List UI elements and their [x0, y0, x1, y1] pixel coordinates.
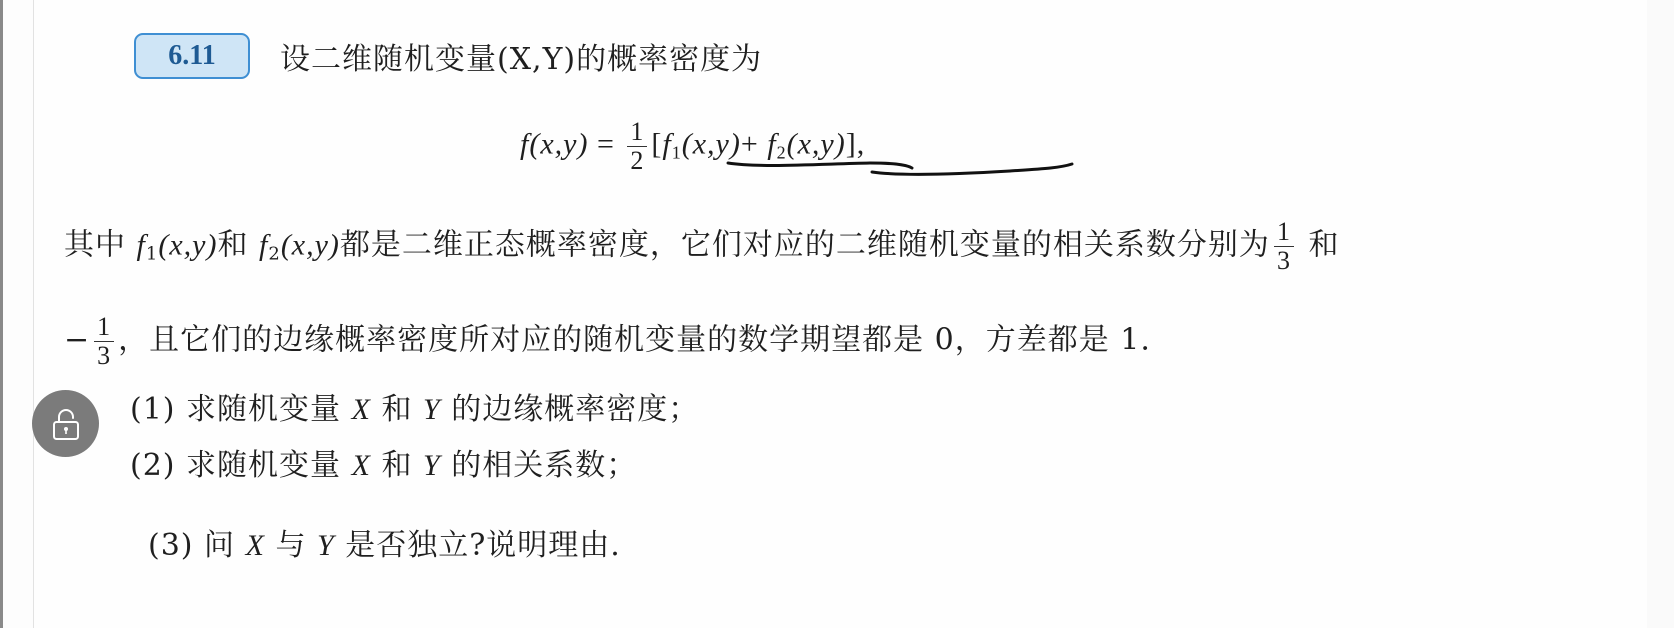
line2-suffix: 和 [1298, 228, 1340, 263]
f2-symbol: f [259, 229, 268, 262]
formula-equals: = [597, 127, 615, 160]
question-text: 的相关系数； [441, 448, 638, 483]
term1-f: f [662, 127, 671, 160]
question-label: (2) [130, 448, 176, 483]
question-text: 问 [204, 528, 246, 563]
fraction-denominator: 2 [627, 147, 647, 175]
question-2: (2) 求随机变量 X 和 Y 的相关系数； [130, 448, 637, 484]
line3-rest: ，且它们的边缘概率密度所对应的随机变量的数学期望都是 0，方差都是 1. [118, 323, 1151, 358]
fraction-numerator: 1 [1274, 218, 1294, 246]
problem-line-3: −13，且它们的边缘概率密度所对应的随机变量的数学期望都是 0，方差都是 1. [64, 313, 1151, 370]
f2-sub: 2 [268, 244, 280, 265]
term1-args: (x,y) [682, 127, 741, 160]
formula-half-fraction: 1 2 [627, 118, 647, 175]
fraction-numerator: 1 [627, 118, 647, 146]
var-x: X [352, 393, 371, 426]
line2-and: 和 [217, 228, 259, 263]
term2-sub: 2 [777, 142, 787, 162]
question-label: (3) [148, 528, 194, 563]
var-y: Y [317, 529, 335, 562]
var-y: Y [423, 393, 441, 426]
problem-number: 6.11 [168, 40, 215, 72]
var-y: Y [423, 449, 441, 482]
term1-sub: 1 [672, 142, 682, 162]
density-formula: f(x,y) = 1 2 [f1(x,y)+ f2(x,y)], [520, 118, 865, 175]
intro-text: 设二维随机变量(X,Y)的概率密度为 [280, 42, 762, 77]
fraction-numerator: 1 [94, 313, 114, 341]
formula-plus: + [741, 127, 759, 160]
fraction-denominator: 3 [1274, 247, 1294, 275]
line2-rest: 都是二维正态概率密度，它们对应的二维随机变量的相关系数分别为 [340, 228, 1270, 263]
formula-open-bracket: [ [651, 127, 662, 160]
f1-symbol: f [137, 229, 146, 262]
var-x: X [352, 449, 371, 482]
f2-args: (x,y) [281, 229, 340, 262]
var-x: X [246, 529, 265, 562]
question-1: (1) 求随机变量 X 和 Y 的边缘概率密度； [130, 392, 699, 428]
fraction-denominator: 3 [94, 342, 114, 370]
f1-sub: 1 [146, 244, 158, 265]
formula-lhs: f(x,y) [520, 127, 588, 160]
formula-close: ], [846, 127, 866, 160]
line2-prefix: 其中 [64, 228, 137, 263]
screen-lock-button[interactable] [32, 390, 99, 457]
problem-intro: 设二维随机变量(X,Y)的概率密度为 [280, 42, 762, 78]
left-window-edge [0, 0, 3, 628]
question-text: 求随机变量 [186, 392, 352, 427]
question-3: (3) 问 X 与 Y 是否独立?说明理由. [148, 528, 621, 564]
question-text: 和 [371, 392, 423, 427]
term2-args: (x,y) [787, 127, 846, 160]
question-text: 与 [265, 528, 317, 563]
right-gutter [1647, 0, 1674, 628]
question-text: 的边缘概率密度； [441, 392, 700, 427]
question-text: 求随机变量 [186, 448, 352, 483]
correlation-fraction-negative: 13 [94, 313, 114, 370]
problem-number-badge: 6.11 [134, 33, 250, 79]
unlock-icon [51, 407, 81, 441]
minus-sign: − [64, 323, 90, 358]
question-text: 和 [371, 448, 423, 483]
problem-line-2: 其中 f1(x,y)和 f2(x,y)都是二维正态概率密度，它们对应的二维随机变… [64, 218, 1339, 275]
correlation-fraction-positive: 13 [1274, 218, 1294, 275]
term2-f: f [767, 127, 776, 160]
question-text: 是否独立?说明理由. [335, 528, 621, 563]
question-label: (1) [130, 392, 176, 427]
f1-args: (x,y) [158, 229, 217, 262]
